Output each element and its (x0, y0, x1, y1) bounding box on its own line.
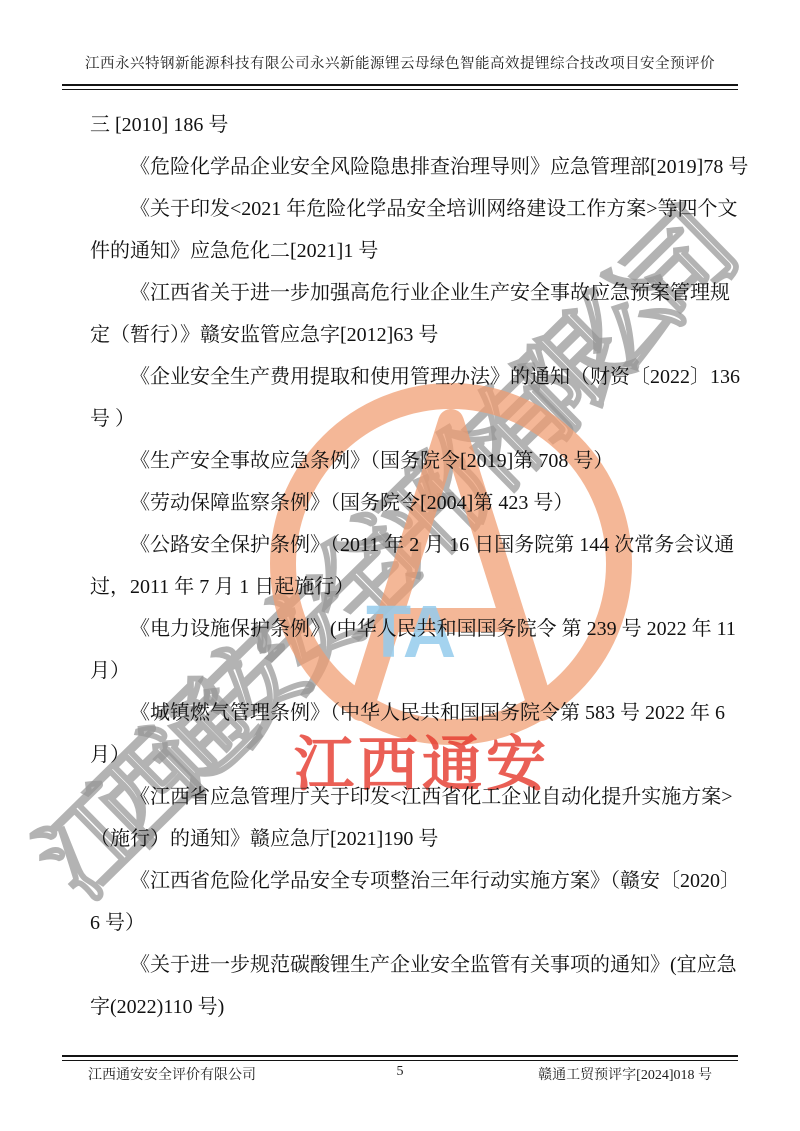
page-header-title: 江西永兴特钢新能源科技有限公司永兴新能源锂云母绿色智能高效提锂综合技改项目安全预… (40, 52, 760, 73)
body-line: 《电力设施保护条例》(中华人民共和国国务院令 第 239 号 2022 年 11 (90, 608, 714, 650)
body-line: 《生产安全事故应急条例》（国务院令[2019]第 708 号） (90, 440, 714, 482)
header-divider (62, 84, 738, 90)
body-line: 定（暂行）》赣安监管应急字[2012]63 号 (90, 314, 714, 356)
body-line: 《江西省危险化学品安全专项整治三年行动实施方案》（赣安〔2020〕 (90, 860, 714, 902)
body-line: 《江西省应急管理厅关于印发<江西省化工企业自动化提升实施方案> (90, 776, 714, 818)
footer-divider (62, 1055, 738, 1061)
body-line: 《危险化学品企业安全风险隐患排查治理导则》应急管理部[2019]78 号 (90, 146, 714, 188)
body-line: 6 号） (90, 902, 714, 944)
body-line: 号 ） (90, 398, 714, 440)
footer-page-number: 5 (296, 1064, 504, 1084)
footer-doc-number: 赣通工贸预评字[2024]018 号 (504, 1064, 712, 1084)
body-line: 《关于印发<2021 年危险化学品安全培训网络建设工作方案>等四个文 (90, 188, 714, 230)
body-paragraphs: 三 [2010] 186 号《危险化学品企业安全风险隐患排查治理导则》应急管理部… (90, 104, 714, 1028)
body-line: 《企业安全生产费用提取和使用管理办法》的通知（财资〔2022〕136 (90, 356, 714, 398)
document-page: 江西通安安全评价有限公司 TA 江西通安 江西永兴特钢新能源科技有限公司永兴新能… (0, 0, 800, 1131)
body-line: 《劳动保障监察条例》（国务院令[2004]第 423 号） (90, 482, 714, 524)
body-line: 三 [2010] 186 号 (90, 104, 714, 146)
body-line: 月） (90, 650, 714, 692)
body-line: 月） (90, 734, 714, 776)
page-footer: 江西通安安全评价有限公司 5 赣通工贸预评字[2024]018 号 (88, 1064, 712, 1084)
body-line: （施行）的通知》赣应急厅[2021]190 号 (90, 818, 714, 860)
body-line: 字(2022)110 号) (90, 986, 714, 1028)
body-line: 件的通知》应急危化二[2021]1 号 (90, 230, 714, 272)
footer-company: 江西通安安全评价有限公司 (88, 1064, 296, 1084)
body-line: 《江西省关于进一步加强高危行业企业生产安全事故应急预案管理规 (90, 272, 714, 314)
body-line: 《公路安全保护条例》（2011 年 2 月 16 日国务院第 144 次常务会议… (90, 524, 714, 566)
body-line: 过，2011 年 7 月 1 日起施行） (90, 566, 714, 608)
body-line: 《城镇燃气管理条例》（中华人民共和国国务院令第 583 号 2022 年 6 (90, 692, 714, 734)
body-line: 《关于进一步规范碳酸锂生产企业安全监管有关事项的通知》(宜应急 (90, 944, 714, 986)
